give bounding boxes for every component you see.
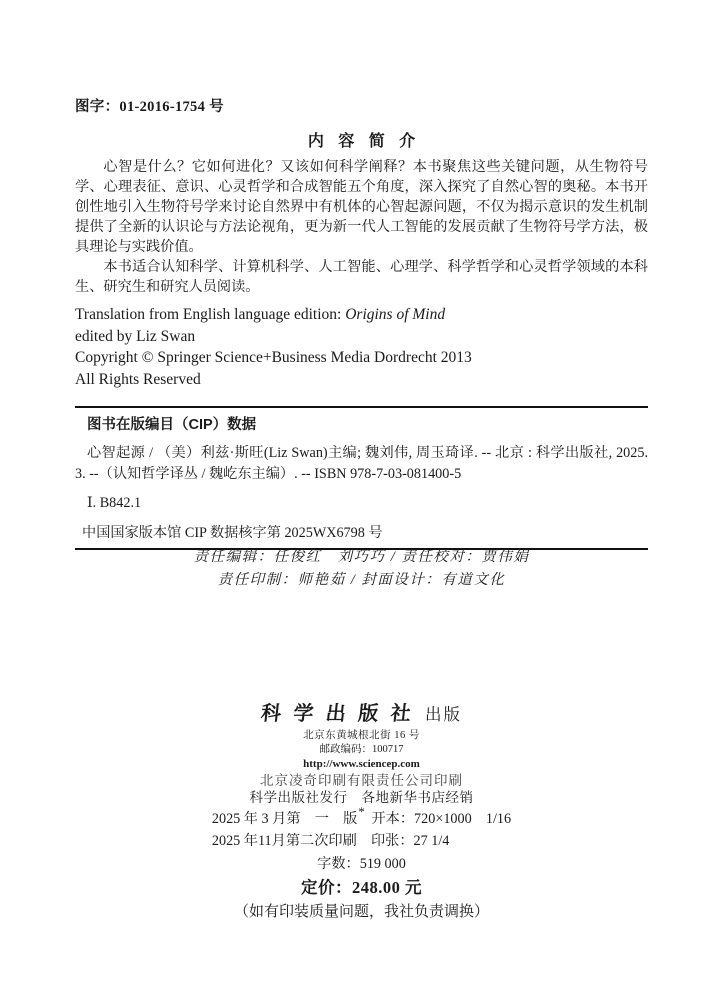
rights-reserved-line: All Rights Reserved <box>75 369 648 391</box>
cip-heading: 图书在版编目（CIP）数据 <box>75 413 648 434</box>
summary-paragraph-1: 心智是什么？它如何进化？又该如何科学阐释？本书聚焦这些关键问题，从生物符号学、心… <box>75 157 648 257</box>
publisher-website: http://www.sciencep.com <box>75 758 648 770</box>
second-printing-line: 2025 年11月第二次印刷 印张：27 1/4 <box>212 831 511 853</box>
publisher-logo: 科学出版社 <box>260 702 425 726</box>
original-title: Origins of Mind <box>345 306 445 323</box>
quality-note: （如有印装质量问题，我社负责调换） <box>75 902 648 923</box>
word-count: 字数：519 000 <box>75 854 648 874</box>
publisher-postcode: 邮政编码：100717 <box>75 744 648 756</box>
credits-line-print-design: 责任印制：师艳茹 / 封面设计：有道文化 <box>75 569 648 592</box>
price: 定价：248.00 元 <box>75 877 648 899</box>
content-summary-heading: 内容简介 <box>75 128 648 151</box>
first-edition-line: 2025 年 3 月第 一 版 开本：720×1000 1/16 <box>212 809 511 831</box>
printer-line: 北京凌奇印刷有限责任公司印刷 <box>75 773 648 789</box>
copyright-page: 图字：01-2016-1754 号 内容简介 心智是什么？它如何进化？又该如何科… <box>0 0 720 1000</box>
cip-record-number: 中国国家版本馆 CIP 数据核字第 2025WX6798 号 <box>75 522 648 542</box>
cip-class-code: Ⅰ. B842.1 <box>75 495 648 512</box>
edition-dates: 2025 年 3 月第 一 版 开本：720×1000 1/16 2025 年1… <box>212 809 511 852</box>
copyright-line: Copyright © Springer Science+Business Me… <box>75 347 648 369</box>
edited-by-line: edited by Liz Swan <box>75 326 648 348</box>
cip-data-box: 图书在版编目（CIP）数据 心智起源 / （美）利兹·斯旺(Liz Swan)主… <box>75 406 648 550</box>
publisher-logo-line: 科学出版社出版 <box>75 702 648 726</box>
translation-prefix: Translation from English language editio… <box>75 306 345 323</box>
translation-line: Translation from English language editio… <box>75 304 648 326</box>
publisher-logo-suffix: 出版 <box>425 705 462 724</box>
registration-number: 图字：01-2016-1754 号 <box>75 95 224 116</box>
publisher-colophon: 科学出版社出版 北京东黄城根北街 16 号 邮政编码：100717 http:/… <box>75 702 648 817</box>
summary-paragraph-2: 本书适合认知科学、计算机科学、人工智能、心理学、科学哲学和心灵哲学领域的本科生、… <box>75 257 648 297</box>
copyright-notice-block: Translation from English language editio… <box>75 304 648 390</box>
content-summary-body: 心智是什么？它如何进化？又该如何科学阐释？本书聚焦这些关键问题，从生物符号学、心… <box>75 157 648 390</box>
staff-credits: 责任编辑：任俊红 刘巧巧 / 责任校对：贾伟娟 责任印制：师艳茹 / 封面设计：… <box>75 546 648 592</box>
credits-line-editors: 责任编辑：任俊红 刘巧巧 / 责任校对：贾伟娟 <box>75 546 648 569</box>
cip-entry: 心智起源 / （美）利兹·斯旺(Liz Swan)主编; 魏刘伟, 周玉琦译. … <box>75 443 648 484</box>
publisher-address: 北京东黄城根北街 16 号 <box>75 730 648 742</box>
edition-details: 2025 年 3 月第 一 版 开本：720×1000 1/16 2025 年1… <box>75 809 648 923</box>
